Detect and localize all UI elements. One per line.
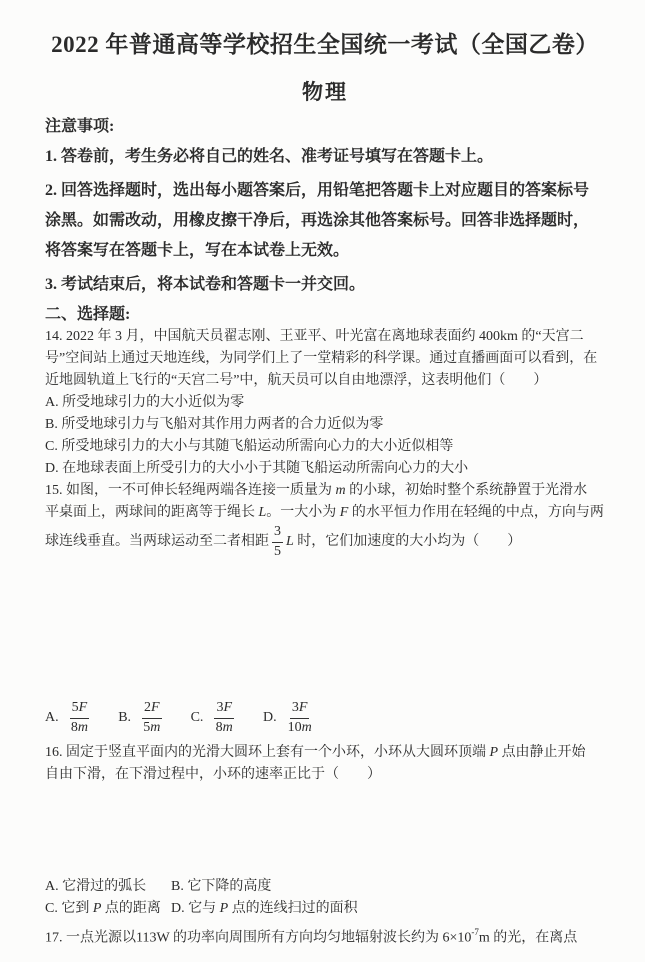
notice-item-2: 2. 回答选择题时，选出每小题答案后，用铅笔把答题卡上对应题目的答案标号 涂黑。…	[45, 176, 605, 266]
question-15-option-c: C. 3F 8m	[191, 700, 237, 735]
fraction-denominator: 10m	[288, 719, 312, 736]
question-15-line-pre: 球连线垂直。当两球运动至二者相距	[45, 524, 269, 560]
fraction-numerator: 3F	[290, 700, 310, 718]
option-label: D.	[263, 710, 277, 726]
notice-line: 3. 考试结束后，将本试卷和答题卡一并交回。	[45, 270, 605, 300]
question-14-option-d: D. 在地球表面上所受引力的大小小于其随飞船运动所需向心力的大小	[45, 458, 605, 480]
question-16-line: 自由下滑，在下滑过程中，小环的速率正比于（ ）	[45, 764, 605, 786]
question-15-figure-area	[45, 560, 605, 698]
fraction: 3F 10m	[288, 700, 312, 735]
question-15-option-a: A. 5F 8m	[45, 700, 92, 735]
fraction-numerator: 3F	[214, 700, 234, 718]
exam-title: 2022 年普通高等学校招生全国统一考试（全国乙卷）	[45, 30, 605, 60]
fraction-numerator: 5F	[70, 700, 90, 718]
fraction-numerator: 2F	[142, 700, 162, 718]
notice-item-3: 3. 考试结束后，将本试卷和答题卡一并交回。	[45, 270, 605, 300]
question-16-options-row: C. 它到 P 点的距离 D. 它与 P 点的连线扫过的面积	[45, 898, 605, 920]
option-label: A.	[45, 710, 59, 726]
option-label: B.	[118, 710, 131, 726]
question-14-line: 14. 2022 年 3 月，中国航天员翟志刚、王亚平、叶光富在离地球表面约 4…	[45, 326, 605, 348]
fraction: 3F 8m	[214, 700, 234, 735]
question-15-line: 球连线垂直。当两球运动至二者相距 3 5 L 时，它们加速度的大小均为（ ）	[45, 524, 605, 560]
notice-line: 2. 回答选择题时，选出每小题答案后，用铅笔把答题卡上对应题目的答案标号	[45, 176, 605, 206]
question-14-option-c: C. 所受地球引力的大小与其随飞船运动所需向心力的大小近似相等	[45, 436, 605, 458]
question-15-option-d: D. 3F 10m	[263, 700, 315, 735]
question-16-option-a: A. 它滑过的弧长	[45, 876, 171, 898]
question-15-line-post: L 时，它们加速度的大小均为（ ）	[286, 524, 521, 560]
notice-heading: 注意事项:	[45, 112, 605, 142]
question-16: 16. 固定于竖直平面内的光滑大圆环上套有一个小环，小环从大圆环顶端 P 点由静…	[45, 742, 605, 920]
question-16-options: A. 它滑过的弧长 B. 它下降的高度 C. 它到 P 点的距离 D. 它与 P…	[45, 876, 605, 920]
question-15-options: A. 5F 8m B. 2F 5m C. 3F 8m	[45, 698, 605, 738]
fraction-denominator: 5	[274, 543, 281, 560]
question-16-option-d: D. 它与 P 点的连线扫过的面积	[171, 898, 358, 920]
fraction: 5F 8m	[70, 700, 90, 735]
question-14-option-b: B. 所受地球引力与飞船对其作用力两者的合力近似为零	[45, 414, 605, 436]
question-16-options-row: A. 它滑过的弧长 B. 它下降的高度	[45, 876, 605, 898]
fraction-denominator: 8m	[71, 719, 88, 736]
question-15-option-b: B. 2F 5m	[118, 700, 164, 735]
fraction: 2F 5m	[142, 700, 162, 735]
question-14-line: 号”空间站上通过天地连线，为同学们上了一堂精彩的科学课。通过直播画面可以看到，在	[45, 348, 605, 370]
notice-line: 将答案写在答题卡上，写在本试卷上无效。	[45, 236, 605, 266]
fraction-three-fifths: 3 5	[272, 524, 283, 559]
question-15-line: 平桌面上，两球间的距离等于绳长 L。一大小为 F 的水平恒力作用在轻绳的中点，方…	[45, 502, 605, 524]
question-16-figure-area	[45, 786, 605, 876]
notice-item-1: 1. 答卷前，考生务必将自己的姓名、准考证号填写在答题卡上。	[45, 142, 605, 172]
question-14-option-a: A. 所受地球引力的大小近似为零	[45, 392, 605, 414]
question-14-line: 近地圆轨道上飞行的“天宫二号”中，航天员可以自由地漂浮，这表明他们（ ）	[45, 370, 605, 392]
notice-section: 注意事项: 1. 答卷前，考生务必将自己的姓名、准考证号填写在答题卡上。 2. …	[45, 112, 605, 300]
notice-line: 1. 答卷前，考生务必将自己的姓名、准考证号填写在答题卡上。	[45, 142, 605, 172]
question-16-line: 16. 固定于竖直平面内的光滑大圆环上套有一个小环，小环从大圆环顶端 P 点由静…	[45, 742, 605, 764]
option-label: C.	[191, 710, 204, 726]
fraction-denominator: 5m	[143, 719, 160, 736]
question-14: 14. 2022 年 3 月，中国航天员翟志刚、王亚平、叶光富在离地球表面约 4…	[45, 326, 605, 480]
question-15-line: 15. 如图，一不可伸长轻绳两端各连接一质量为 m 的小球，初始时整个系统静置于…	[45, 480, 605, 502]
section-heading-multiple-choice: 二、选择题:	[45, 304, 605, 326]
notice-line: 涂黑。如需改动，用橡皮擦干净后，再选涂其他答案标号。回答非选择题时，	[45, 206, 605, 236]
question-16-option-c: C. 它到 P 点的距离	[45, 898, 171, 920]
question-17-line: 17. 一点光源以113W 的功率向周围所有方向均匀地辐射波长约为 6×10-7…	[45, 922, 605, 950]
question-17: 17. 一点光源以113W 的功率向周围所有方向均匀地辐射波长约为 6×10-7…	[45, 922, 605, 950]
exam-paper-page: 2022 年普通高等学校招生全国统一考试（全国乙卷） 物理 注意事项: 1. 答…	[0, 0, 645, 962]
exam-subject: 物理	[45, 78, 605, 106]
question-16-option-b: B. 它下降的高度	[171, 876, 271, 898]
fraction-denominator: 8m	[216, 719, 233, 736]
fraction-numerator: 3	[272, 524, 283, 542]
question-15: 15. 如图，一不可伸长轻绳两端各连接一质量为 m 的小球，初始时整个系统静置于…	[45, 480, 605, 738]
